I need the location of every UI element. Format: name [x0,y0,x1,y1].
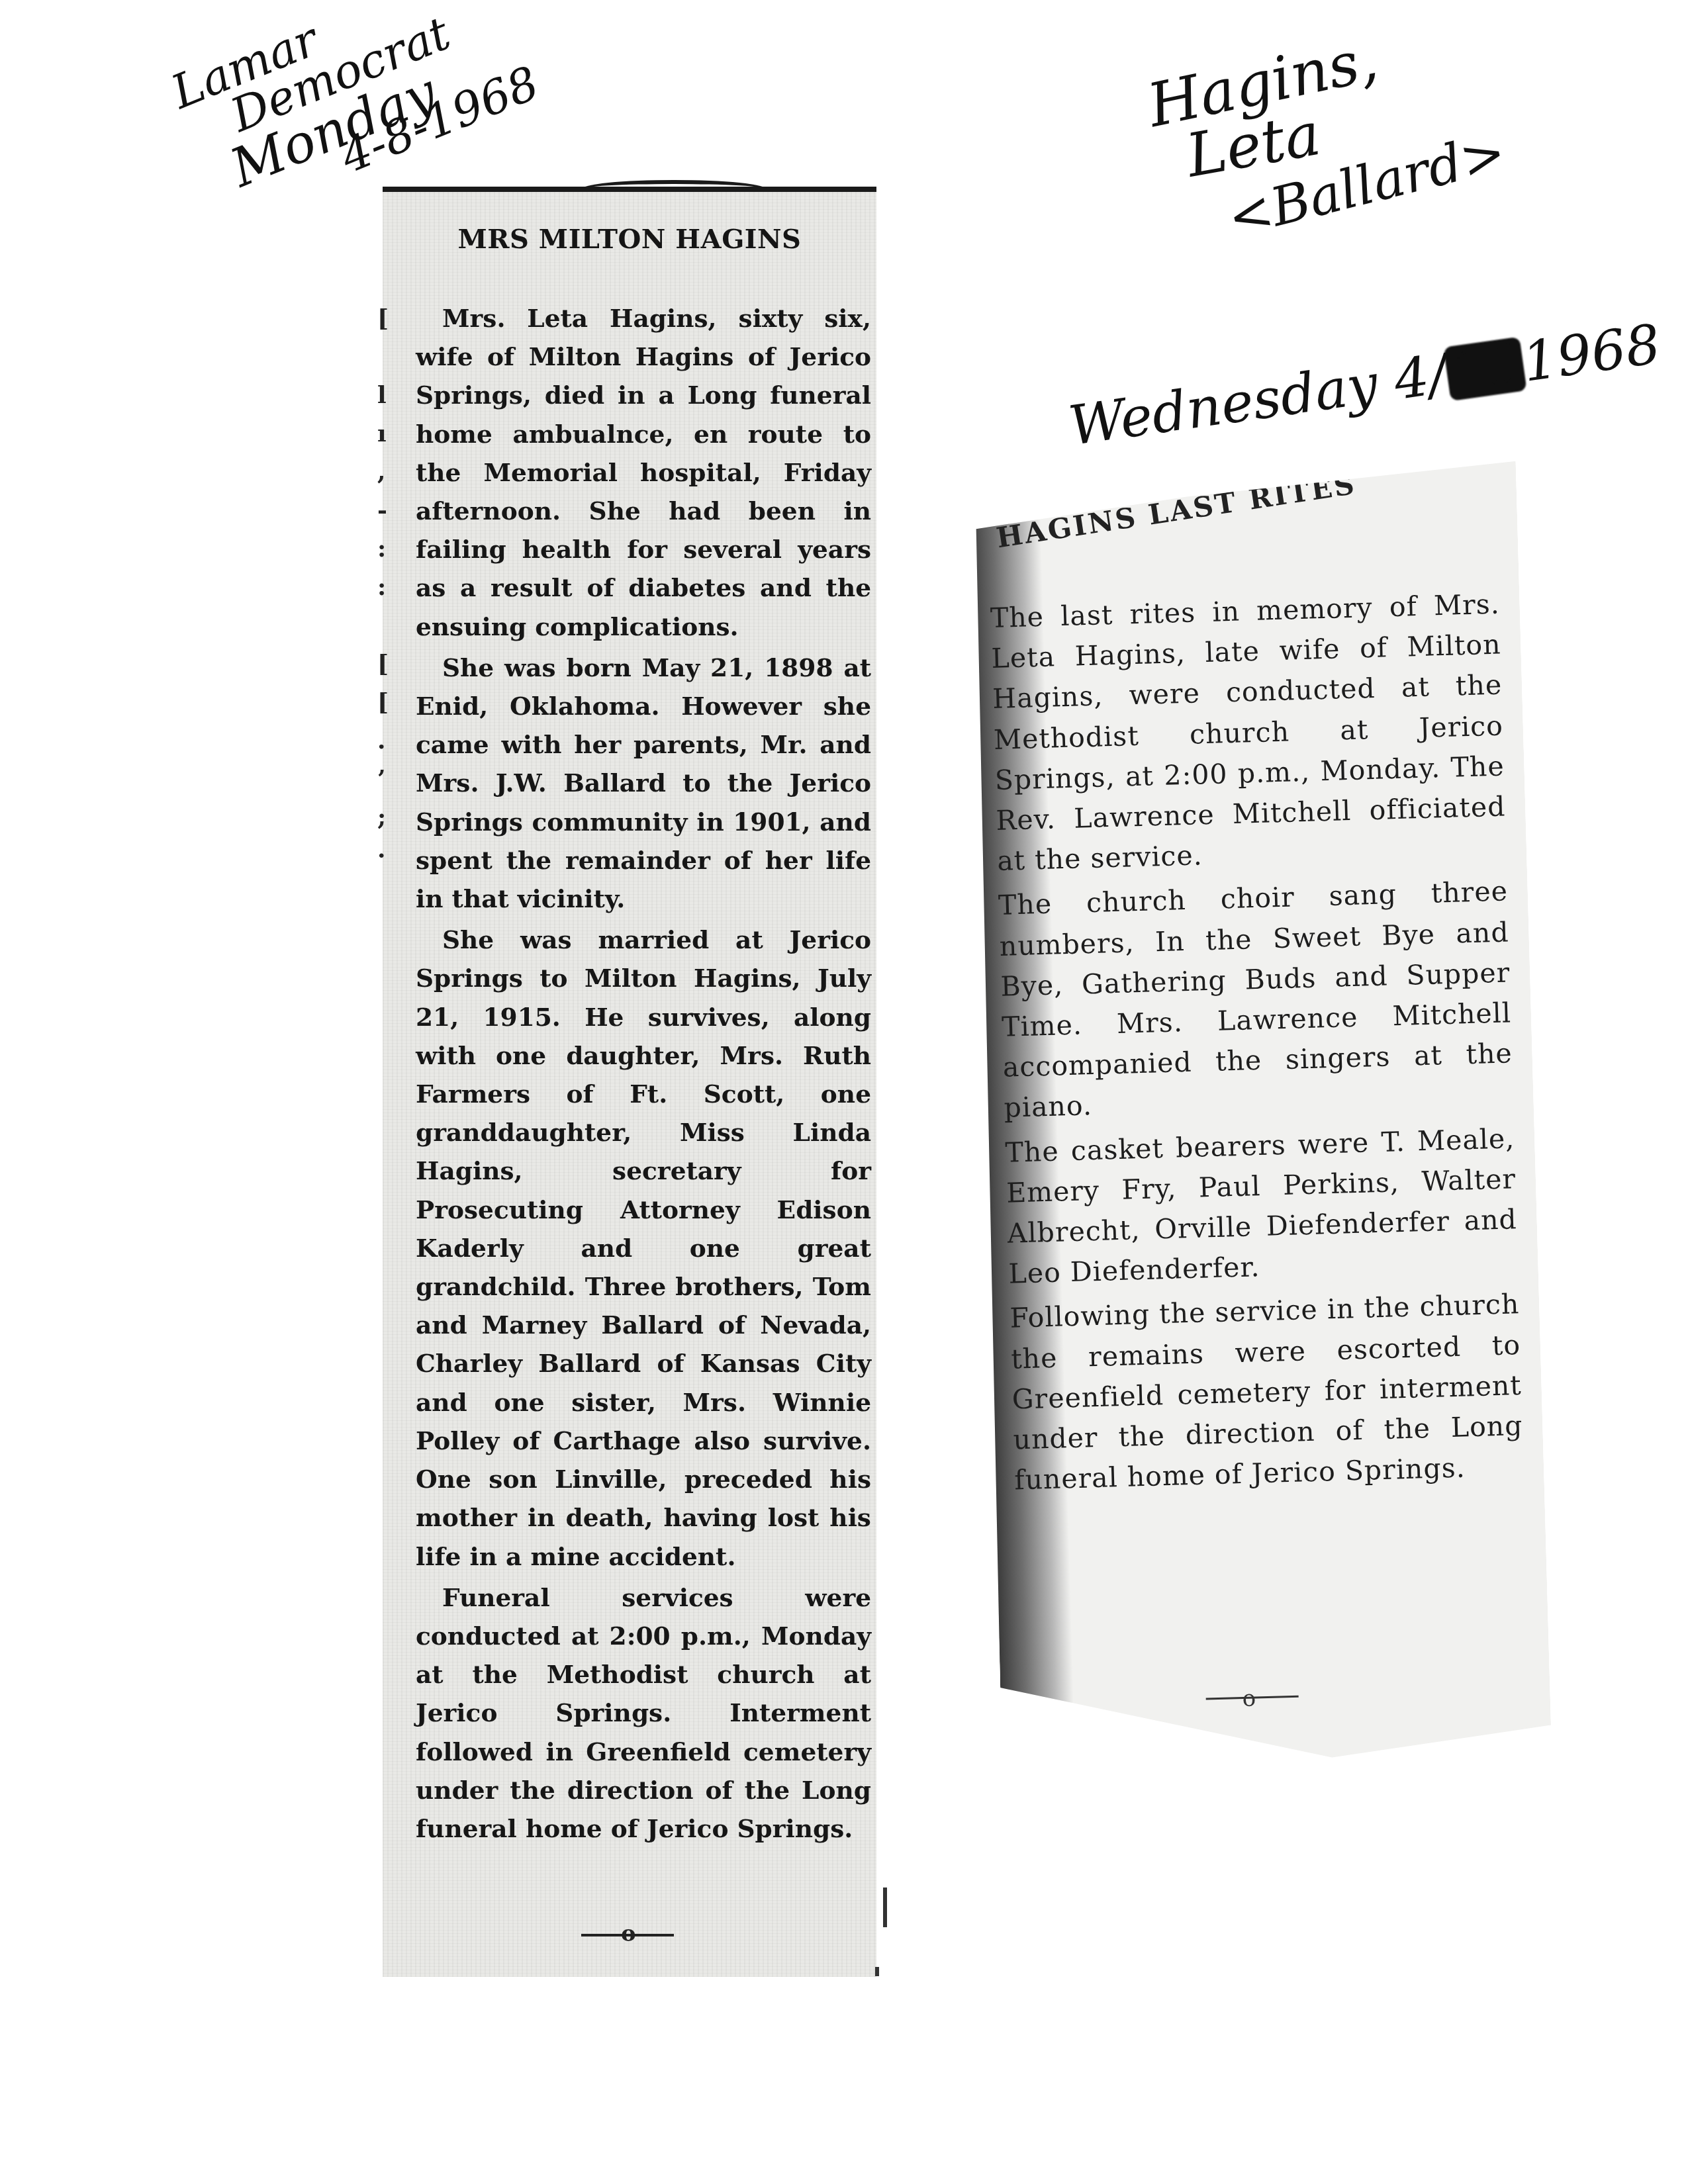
edge-mark [883,1888,887,1927]
last-rites-paragraph: Following the service in the church the … [1009,1285,1524,1501]
last-rites-paragraph: The church choir sang three numbers, In … [998,872,1514,1129]
edge-mark [875,1967,879,1976]
second-date-prefix: Wednesday 4/ [1065,343,1451,458]
obituary-body: Mrs. Leta Hagins, sixty six, wife of Mil… [416,299,871,1848]
last-rites-headline: HAGINS LAST RITES [994,468,1358,554]
obituary-clipping: MRS MILTON HAGINS [lı,-::[[.’;· Mrs. Let… [383,187,876,1977]
rule-ornament [581,180,767,199]
end-mark: o [621,1921,636,1947]
obituary-paragraph: She was born May 21, 1898 at Enid, Oklah… [416,649,871,918]
handwritten-second-date: Wednesday 4/101968 [1066,318,1664,455]
last-rites-clipping: HAGINS LAST RITES The last rites in memo… [966,461,1552,1793]
obituary-paragraph: Mrs. Leta Hagins, sixty six, wife of Mil… [416,299,871,646]
second-date-suffix: 1968 [1519,313,1664,394]
obituary-paragraph: Funeral services were conducted at 2:00 … [416,1578,871,1848]
obituary-headline: MRS MILTON HAGINS [383,224,876,255]
last-rites-paragraph: The last rites in memory of Mrs. Leta Ha… [990,584,1507,882]
handwritten-subject-name: Hagins, Leta <Ballard> [1145,40,1509,212]
last-rites-body: The last rites in memory of Mrs. Leta Ha… [990,584,1524,1501]
second-date-obscured: 10 [1443,337,1527,401]
obituary-paragraph: She was married at Jerico Springs to Mil… [416,921,871,1575]
last-rites-paragraph: The casket bearers were T. Meale, Emery … [1005,1118,1519,1295]
end-mark: o [1242,1686,1256,1713]
adjacent-column-fragments: [lı,-::[[.’;· [377,299,393,875]
